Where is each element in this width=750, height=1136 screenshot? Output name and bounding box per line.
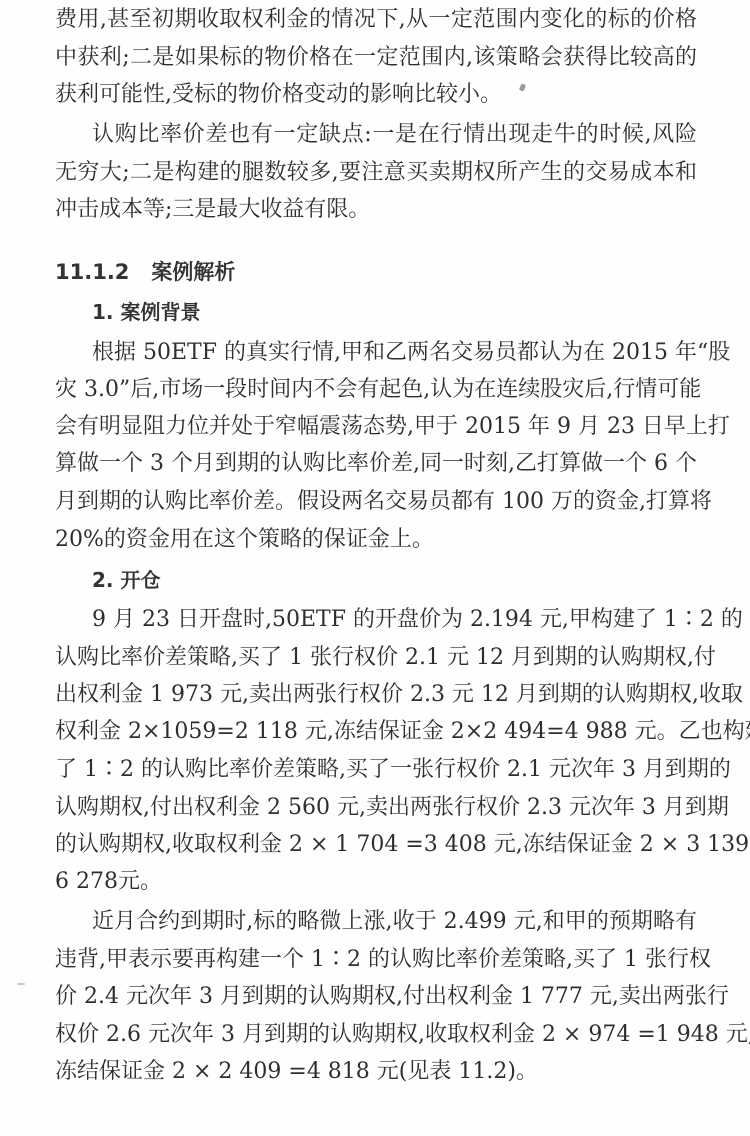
body-line: 中获利;二是如果标的物价格在一定范围内,该策略会获得比较高的 — [55, 43, 697, 73]
body-line: 会有明显阻力位并处于窄幅震荡态势,甲于 2015 年 9 月 23 日早上打 — [55, 412, 697, 442]
body-line: 6 278元。 — [55, 867, 697, 897]
body-line-indent: 认购比率价差也有一定缺点:一是在行情出现走牛的时候,风险 — [92, 120, 697, 150]
body-line: 认购比率价差策略,买了 1 张行权价 2.1 元 12 月到期的认购期权,付 — [55, 643, 697, 673]
document-page: 费用,甚至初期收取权利金的情况下,从一定范围内变化的标的价格 中获利;二是如果标… — [0, 0, 750, 1136]
body-line: 月到期的认购比率价差。假设两名交易员都有 100 万的资金,打算将 — [55, 487, 697, 517]
body-line: 的认购期权,收取权利金 2 × 1 704 =3 408 元,冻结保证金 2 ×… — [55, 830, 697, 860]
body-line: 出权利金 1 973 元,卖出两张行权价 2.3 元 12 月到期的认购期权,收… — [55, 680, 697, 710]
body-line: 价 2.4 元次年 3 月到期的认购期权,付出权利金 1 777 元,卖出两张行 — [55, 982, 697, 1012]
body-line-indent: 近月合约到期时,标的略微上涨,收于 2.499 元,和甲的预期略有 — [92, 907, 697, 937]
subsection-heading-open-position: 2. 开仓 — [92, 565, 160, 595]
body-line: 权价 2.6 元次年 3 月到期的认购期权,收取权利金 2 × 974 =1 9… — [55, 1020, 697, 1050]
body-line: 20%的资金用在这个策略的保证金上。 — [55, 525, 697, 555]
scan-mark — [17, 983, 25, 985]
body-line: 算做一个 3 个月到期的认购比率价差,同一时刻,乙打算做一个 6 个 — [55, 449, 697, 479]
body-line: 权利金 2×1059=2 118 元,冻结保证金 2×2 494=4 988 元… — [55, 717, 697, 747]
body-line: 无穷大;二是构建的腿数较多,要注意买卖期权所产生的交易成本和 — [55, 158, 697, 188]
body-line-indent: 根据 50ETF 的真实行情,甲和乙两名交易员都认为在 2015 年“股 — [92, 338, 697, 368]
subsection-heading-background: 1. 案例背景 — [92, 297, 200, 327]
body-line: 违背,甲表示要再构建一个 1∶2 的认购比率价差策略,买了 1 张行权 — [55, 945, 697, 975]
body-line: 获利可能性,受标的物价格变动的影响比较小。 — [55, 80, 697, 110]
body-line: 灾 3.0”后,市场一段时间内不会有起色,认为在连续股灾后,行情可能 — [55, 375, 697, 405]
body-line: 费用,甚至初期收取权利金的情况下,从一定范围内变化的标的价格 — [55, 5, 697, 35]
section-heading: 11.1.2 案例解析 — [55, 257, 235, 287]
body-line: 冲击成本等;三是最大收益有限。 — [55, 195, 697, 225]
body-line: 认购期权,付出权利金 2 560 元,卖出两张行权价 2.3 元次年 3 月到期 — [55, 793, 697, 823]
body-line: 冻结保证金 2 × 2 409 =4 818 元(见表 11.2)。 — [55, 1057, 697, 1087]
body-line: 了 1∶2 的认购比率价差策略,买了一张行权价 2.1 元次年 3 月到期的 — [55, 755, 697, 785]
body-line-indent: 9 月 23 日开盘时,50ETF 的开盘价为 2.194 元,甲构建了 1∶2… — [92, 605, 697, 635]
